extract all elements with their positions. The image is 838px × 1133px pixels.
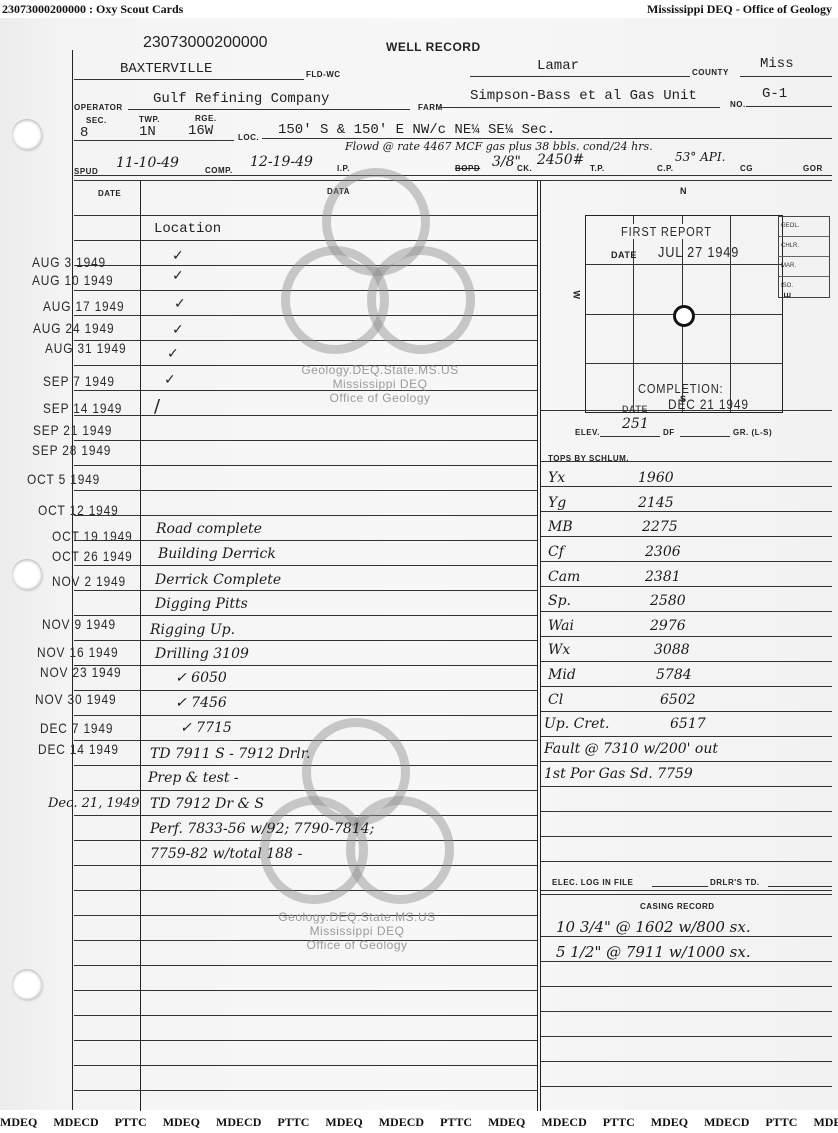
field-value: BAXTERVILLE <box>120 61 212 77</box>
log-date: SEP 21 1949 <box>33 422 112 438</box>
top-name: Cf <box>548 544 564 560</box>
rule <box>128 109 410 110</box>
spud-value: 11-10-49 <box>116 155 179 171</box>
tops-rule <box>541 1036 832 1037</box>
rule <box>541 410 832 411</box>
well-record-card: 23073000200000 WELL RECORD BAXTERVILLE F… <box>0 18 838 1110</box>
elev-label: ELEV. <box>575 428 600 437</box>
rule <box>600 436 660 437</box>
top-name: Wx <box>548 642 570 658</box>
rule <box>746 106 832 107</box>
log-rule <box>74 640 537 641</box>
location-value: 150' S & 150' E NW/c NE¼ SE¼ Sec. <box>278 122 555 138</box>
watermark-line3: Office of Geology <box>247 938 467 952</box>
log-date: SEP 14 1949 <box>43 400 122 416</box>
date-header: DATE <box>98 189 121 198</box>
comp-value: 12-19-49 <box>250 154 313 170</box>
api-number: 23073000200000 <box>143 34 268 52</box>
log-date: OCT 19 1949 <box>52 528 133 544</box>
tops-rule <box>541 811 832 812</box>
farm-value: Simpson-Bass et al Gas Unit <box>470 88 697 104</box>
log-rule <box>74 1015 537 1016</box>
watermark-ring <box>367 246 475 354</box>
watermark-line2: Mississippi DEQ <box>270 377 490 391</box>
casing-label: CASING RECORD <box>640 902 715 911</box>
log-rule <box>74 1040 537 1041</box>
sec-label: SEC. <box>86 116 107 125</box>
county-value: Lamar <box>537 58 579 74</box>
watermark-line3: Office of Geology <box>270 391 490 405</box>
comp-label: COMP. <box>205 166 233 175</box>
log-rule <box>74 515 537 516</box>
tops-rule <box>541 711 832 712</box>
tops-label: TOPS BY SCHLUM. <box>548 454 629 463</box>
rule <box>74 175 832 176</box>
drlr-td-label: DRLR'S TD. <box>710 878 760 887</box>
stamp-row: ISO. <box>779 277 829 296</box>
log-data: ✓ 7715 <box>180 720 232 736</box>
north-label: N <box>680 186 687 196</box>
log-data: Building Derrick <box>158 546 276 562</box>
log-data: Derrick Complete <box>155 572 281 588</box>
sec-value: 8 <box>80 125 88 141</box>
top-depth: 2381 <box>645 569 681 585</box>
log-rule <box>74 715 537 716</box>
first-report-label: FIRST REPORT <box>621 224 712 239</box>
footer-item: MDECD <box>53 1115 98 1129</box>
check-icon: ✓ <box>172 248 184 264</box>
log-rule <box>74 540 537 541</box>
top-depth: 6502 <box>660 692 696 708</box>
log-rule <box>74 665 537 666</box>
log-rule <box>74 965 537 966</box>
punch-hole <box>12 119 42 149</box>
footer-item: MDEQ <box>325 1115 362 1129</box>
punch-hole <box>12 559 42 589</box>
ck-value: 2450# <box>537 152 584 168</box>
rule <box>680 436 730 437</box>
operator-value: Gulf Refining Company <box>153 91 329 107</box>
tops-rule <box>541 486 832 487</box>
tops-rule <box>541 686 832 687</box>
top-depth: 2145 <box>638 495 674 511</box>
tops-rule <box>541 586 832 587</box>
top-depth: 2976 <box>650 618 686 634</box>
log-rule <box>74 1065 537 1066</box>
twp-value: 1N <box>139 124 156 140</box>
log-date: AUG 10 1949 <box>32 272 113 288</box>
log-rule <box>74 465 537 466</box>
log-data: Drilling 3109 <box>155 646 249 662</box>
elec-log-label: ELEC. LOG IN FILE <box>552 878 633 887</box>
top-name: Cl <box>548 692 563 708</box>
df-label: DF <box>663 428 675 437</box>
completion-label: COMPLETION: <box>638 381 723 396</box>
footer-item: MDECD <box>216 1115 261 1129</box>
log-data: TD 7911 S - 7912 Drlr. <box>150 746 310 762</box>
top-depth: 1960 <box>638 470 674 486</box>
watermark-line1: Geology.DEQ.State.MS.US <box>247 910 467 924</box>
log-rule <box>74 565 537 566</box>
tops-rule <box>541 1086 832 1087</box>
watermark-text: Geology.DEQ.State.MS.US Mississippi DEQ … <box>270 363 490 405</box>
log-date: Dec. 21, 1949 <box>48 796 140 811</box>
log-date: AUG 24 1949 <box>33 320 114 336</box>
rge-value: 16W <box>188 123 213 139</box>
rule <box>74 79 304 80</box>
watermark-line1: Geology.DEQ.State.MS.US <box>270 363 490 377</box>
ck-label: CK. <box>517 164 532 173</box>
state-value: Miss <box>760 56 794 72</box>
log-date: OCT 26 1949 <box>52 548 133 564</box>
form-title: WELL RECORD <box>386 40 481 54</box>
footer-item: MDEQ <box>813 1115 838 1129</box>
footer-item: MDEQ <box>163 1115 200 1129</box>
tp-label: T.P. <box>590 164 605 173</box>
tops-rule <box>541 611 832 612</box>
footer-item: PTTC <box>440 1115 472 1129</box>
well-location-marker <box>673 305 695 327</box>
tops-rule <box>541 1011 832 1012</box>
log-data: Digging Pitts <box>155 596 248 612</box>
top-depth: 2580 <box>650 593 686 609</box>
bopd-label: BOPD <box>455 164 480 173</box>
log-data: Road complete <box>156 521 262 537</box>
location-plat-map: FIRST REPORT DATE JUL 27 1949 COMPLETION… <box>585 215 783 413</box>
tops-rule <box>541 861 832 862</box>
field-label: FLD-WC <box>306 70 341 79</box>
log-date: NOV 2 1949 <box>52 573 126 589</box>
well-no-value: G-1 <box>762 86 787 102</box>
footer-item: MDEQ <box>488 1115 525 1129</box>
log-date: SEP 7 1949 <box>43 373 115 389</box>
log-date: AUG 31 1949 <box>45 340 126 356</box>
top-name: Up. Cret. <box>544 716 609 732</box>
log-date: DEC 7 1949 <box>40 720 113 736</box>
log-rule <box>74 740 537 741</box>
log-data: TD 7912 Dr & S <box>150 796 264 812</box>
elev-value: 251 <box>622 416 649 432</box>
log-rule <box>74 990 537 991</box>
agency-title: Mississippi DEQ - Office of Geology <box>647 0 832 18</box>
tops-rule <box>541 1061 832 1062</box>
ip-note: Flowd @ rate 4467 MCF gas plus 38 bbls. … <box>345 140 653 153</box>
farm-label: FARM <box>418 103 443 112</box>
footer-item: PTTC <box>115 1115 147 1129</box>
loc-label: LOC. <box>238 133 259 142</box>
log-data: 7759-82 w/total 188 - <box>150 846 302 862</box>
county-label: COUNTY <box>692 68 729 77</box>
tops-rule <box>541 511 832 512</box>
log-date: DEC 14 1949 <box>38 741 119 757</box>
top-depth: 2275 <box>642 519 678 535</box>
tops-rule <box>541 536 832 537</box>
document-title: 23073000200000 : Oxy Scout Cards <box>2 0 183 18</box>
rule <box>74 140 234 141</box>
rule <box>541 890 832 891</box>
ip-label: I.P. <box>337 164 350 173</box>
footer-item: MDECD <box>379 1115 424 1129</box>
punch-hole <box>12 969 42 999</box>
tops-rule <box>541 936 832 937</box>
check-icon: ✓ <box>174 296 186 312</box>
date-column-divider <box>140 181 141 1111</box>
top-name: Mid <box>548 667 576 683</box>
watermark-line2: Mississippi DEQ <box>247 924 467 938</box>
log-rule <box>74 215 537 216</box>
well-no-label: NO. <box>730 100 746 109</box>
footer-item: PTTC <box>277 1115 309 1129</box>
log-date: SEP 28 1949 <box>32 442 111 458</box>
log-rule <box>74 690 537 691</box>
section-divider <box>540 181 541 1111</box>
section-divider <box>537 181 538 1111</box>
log-rule <box>74 615 537 616</box>
log-data: Location <box>154 221 221 237</box>
tops-rule <box>541 986 832 987</box>
tops-rule <box>541 736 832 737</box>
log-date: AUG 17 1949 <box>43 298 124 314</box>
top-name: Yx <box>548 470 565 486</box>
top-name: Cam <box>548 569 580 585</box>
footer-item: MDECD <box>704 1115 749 1129</box>
footer-item: MDEQ <box>0 1115 37 1129</box>
log-rule <box>74 590 537 591</box>
check-icon: ✓ <box>172 322 184 338</box>
log-rule <box>74 490 537 491</box>
review-stamp: GEOL. CHLR. MAR. ISO. <box>778 216 830 298</box>
twp-label: TWP. <box>139 115 160 124</box>
log-rule <box>74 415 537 416</box>
tick-mark: / <box>154 396 160 417</box>
top-depth: 6517 <box>670 716 706 732</box>
log-data: Perf. 7833-56 w/92; 7790-7814; <box>150 821 374 837</box>
log-date: NOV 9 1949 <box>42 616 116 632</box>
log-date: NOV 30 1949 <box>35 691 116 707</box>
tops-rule <box>541 761 832 762</box>
top-name: Wai <box>548 618 574 634</box>
footer-item: PTTC <box>765 1115 797 1129</box>
log-data: Prep & test - <box>148 770 239 786</box>
log-date: AUG 3 1949 <box>32 254 106 270</box>
check-icon: ✓ <box>172 268 184 284</box>
top-name: Yg <box>548 495 566 511</box>
log-date: NOV 16 1949 <box>37 644 118 660</box>
log-rule <box>74 440 537 441</box>
casing-row: 10 3/4" @ 1602 w/800 sx. <box>556 918 751 936</box>
operator-label: OPERATOR <box>74 103 123 112</box>
rule <box>440 107 720 108</box>
tops-note: 1st Por Gas Sd. 7759 <box>544 766 693 782</box>
log-date: NOV 23 1949 <box>40 664 121 680</box>
log-rule <box>74 240 537 241</box>
log-data: Rigging Up. <box>150 622 235 638</box>
tops-rule <box>541 661 832 662</box>
top-depth: 5784 <box>656 667 692 683</box>
stamp-row: GEOL. <box>779 217 829 237</box>
check-icon: ✓ <box>164 372 176 388</box>
rule <box>541 894 832 895</box>
top-depth: 2306 <box>645 544 681 560</box>
check-icon: ✓ <box>167 346 179 362</box>
top-depth: 3088 <box>654 642 690 658</box>
tops-rule <box>541 786 832 787</box>
viewer-header: 23073000200000 : Oxy Scout Cards Mississ… <box>0 0 838 18</box>
gr-label: GR. (L-S) <box>733 428 772 437</box>
tops-rule <box>541 961 832 962</box>
rule <box>74 180 832 181</box>
casing-row: 5 1/2" @ 7911 w/1000 sx. <box>556 943 751 961</box>
rge-label: RGE. <box>195 114 217 123</box>
top-name: MB <box>548 519 573 535</box>
footer-banner: MDEQ MDECD PTTC MDEQ MDECD PTTC MDEQ MDE… <box>0 1112 838 1133</box>
log-data: ✓ 6050 <box>175 670 227 686</box>
log-date: OCT 12 1949 <box>38 502 119 518</box>
completion-date-label: DATE <box>622 404 648 414</box>
watermark-ring <box>346 796 454 904</box>
stamp-row: MAR. <box>779 257 829 277</box>
log-data: ✓ 7456 <box>175 695 227 711</box>
footer-item: PTTC <box>603 1115 635 1129</box>
west-label: W <box>572 291 582 300</box>
first-report-date-label: DATE <box>611 250 637 260</box>
footer-item: MDEQ <box>651 1115 688 1129</box>
watermark-text: Geology.DEQ.State.MS.US Mississippi DEQ … <box>247 910 467 952</box>
rule <box>652 886 708 887</box>
gor-label: GOR <box>803 164 823 173</box>
top-name: Sp. <box>548 593 571 609</box>
rule <box>740 76 832 77</box>
tops-rule <box>541 636 832 637</box>
cp-label: C.P. <box>657 164 674 173</box>
tops-note: Fault @ 7310 w/200' out <box>544 741 718 757</box>
cg-label: CG <box>740 164 753 173</box>
footer-item: MDECD <box>541 1115 586 1129</box>
log-date: OCT 5 1949 <box>27 471 100 487</box>
rule <box>262 138 832 139</box>
stamp-row: CHLR. <box>779 237 829 257</box>
first-report-date: JUL 27 1949 <box>658 244 739 261</box>
rule <box>470 76 690 77</box>
rule <box>768 886 832 887</box>
log-rule <box>74 1090 537 1091</box>
tops-rule <box>541 561 832 562</box>
tops-rule <box>541 836 832 837</box>
cp-value: 53° API. <box>675 150 725 164</box>
